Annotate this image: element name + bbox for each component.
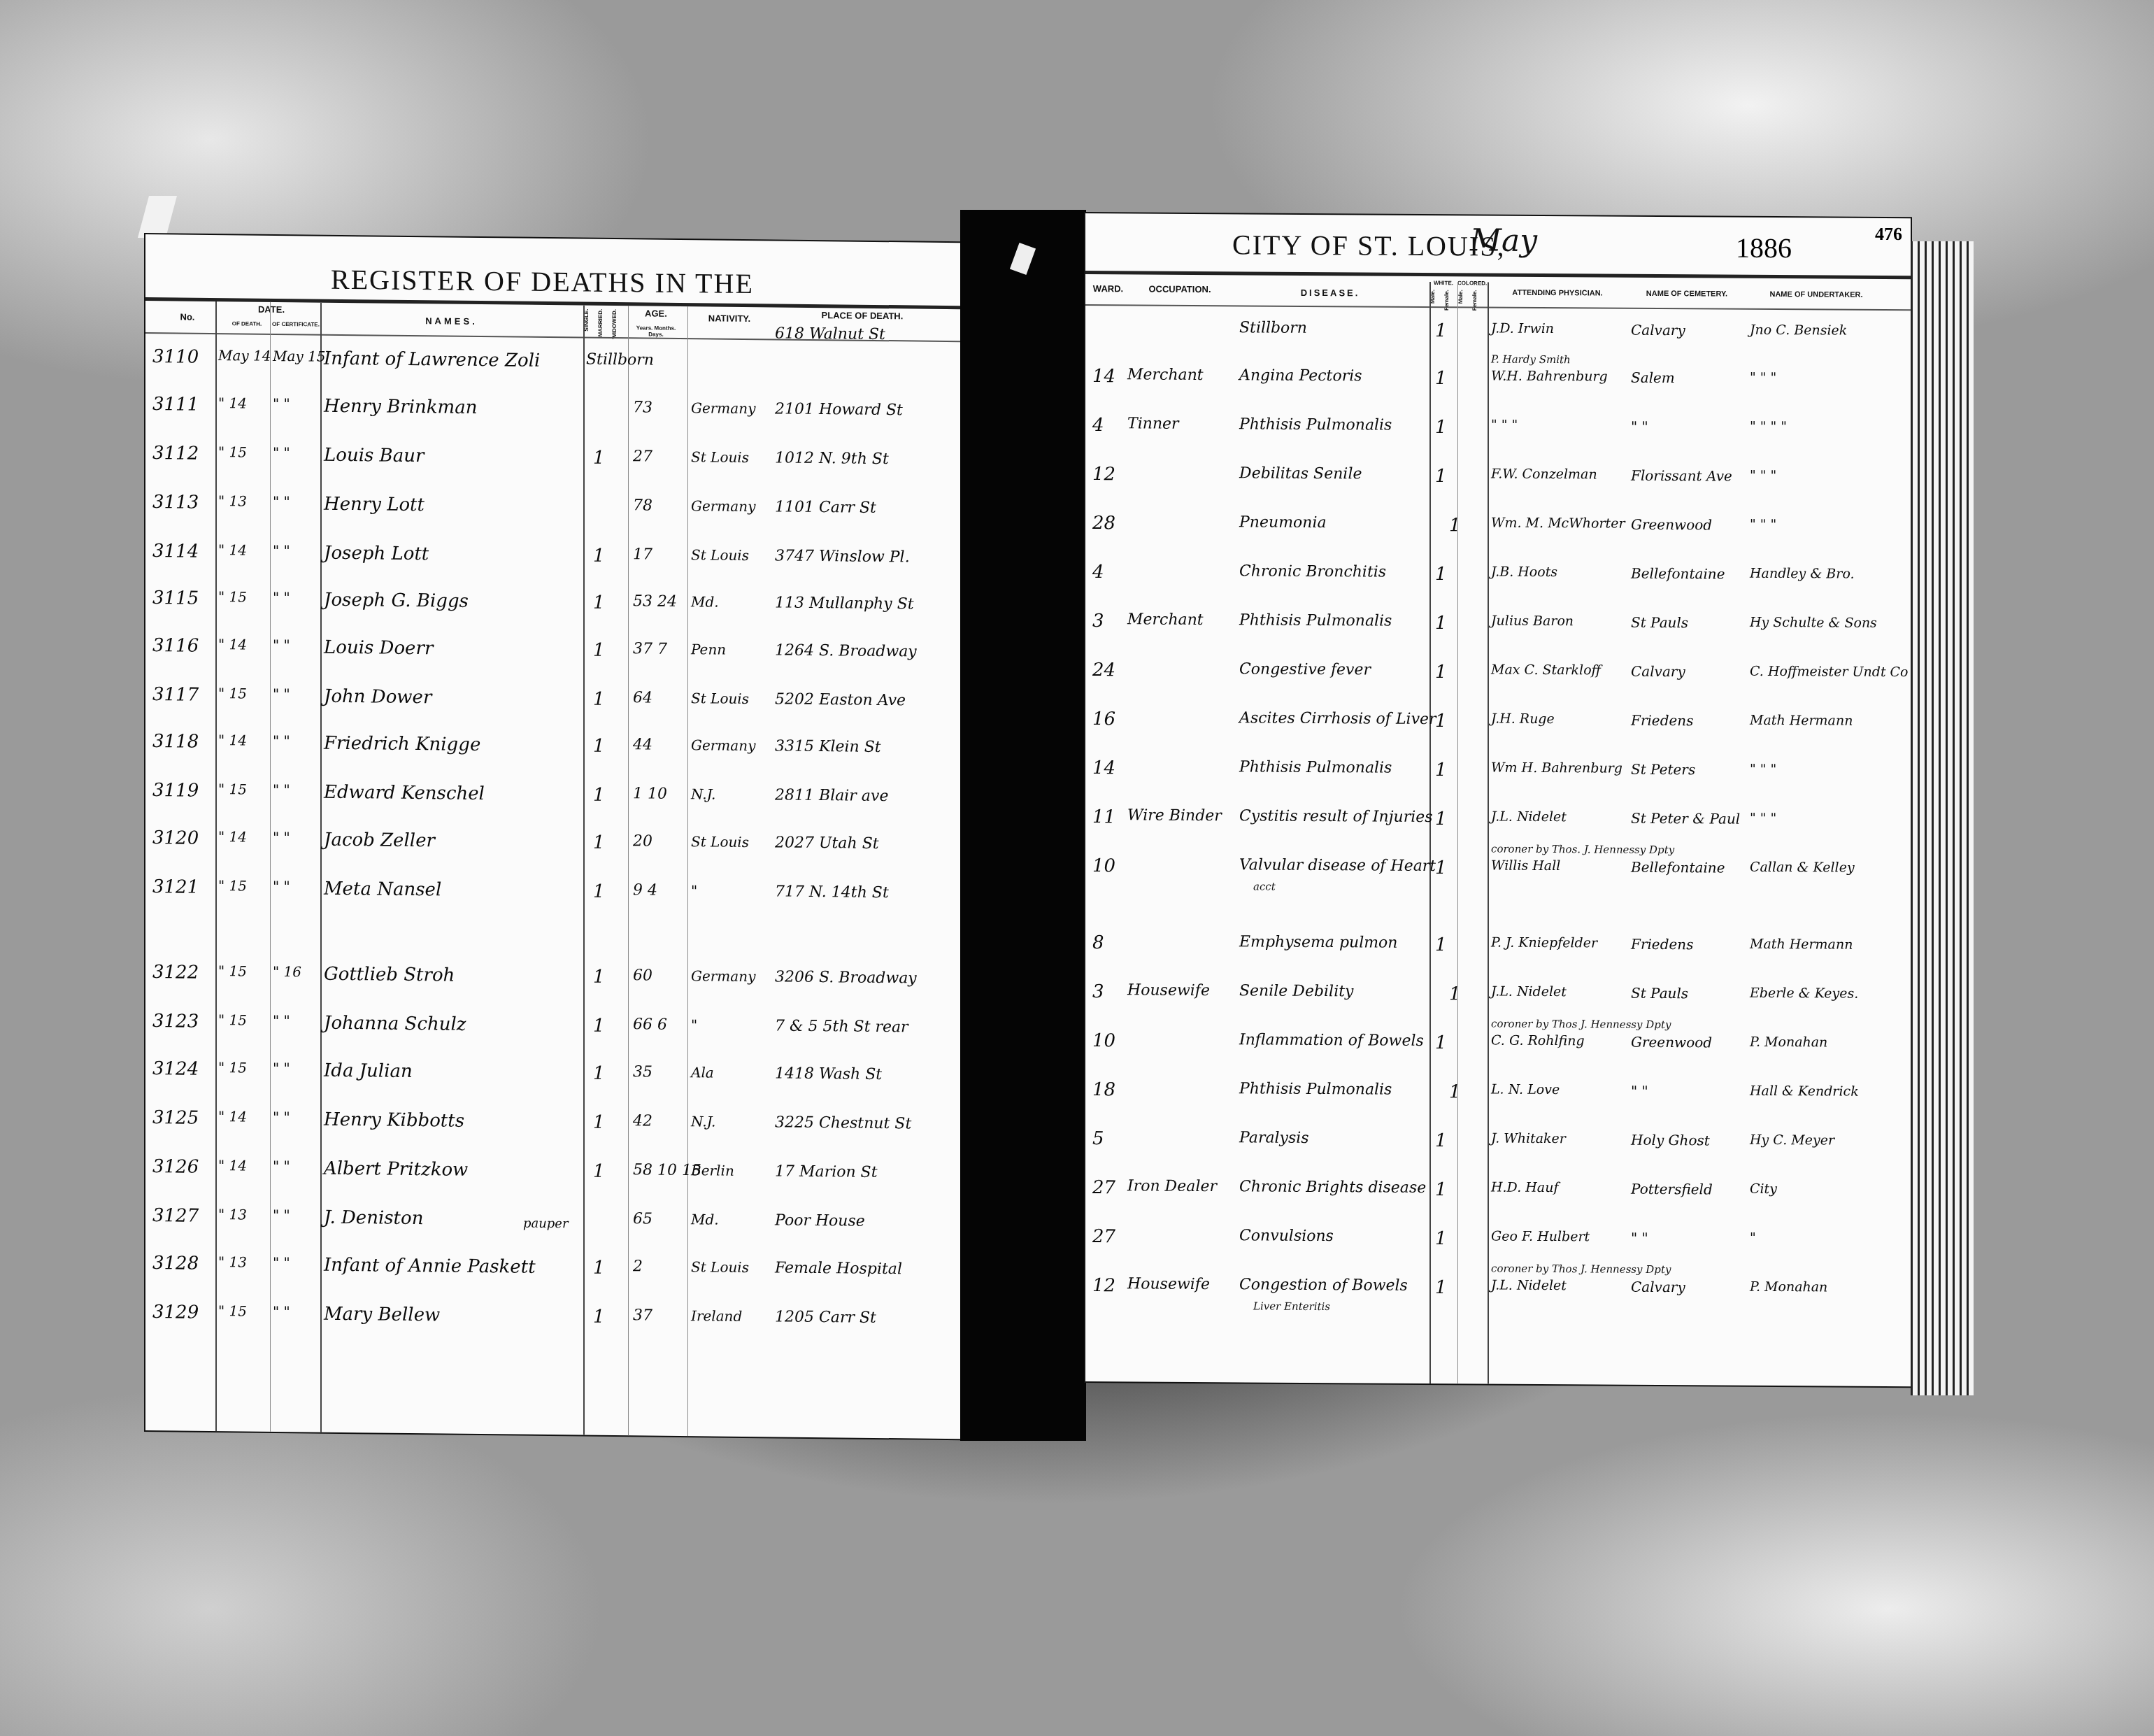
marital-status-mark: 1 bbox=[593, 640, 605, 661]
deceased-name: Jacob Zeller bbox=[324, 830, 435, 852]
deceased-name: Edward Kenschel bbox=[324, 782, 485, 804]
disease: Congestive fever bbox=[1239, 660, 1371, 678]
ward: 16 bbox=[1092, 709, 1115, 730]
occupation: Wire Binder bbox=[1127, 806, 1222, 825]
white-male-mark: 1 bbox=[1435, 1228, 1447, 1249]
ward: 4 bbox=[1092, 415, 1104, 436]
nativity: " bbox=[691, 1016, 697, 1033]
right-page-title: CITY OF ST. LOUIS, bbox=[1232, 228, 1505, 262]
undertaker: " bbox=[1750, 1230, 1756, 1246]
attending-physician: " " " bbox=[1491, 418, 1518, 433]
undertaker: Jno C. Bensiek bbox=[1750, 322, 1847, 339]
ward: 14 bbox=[1092, 366, 1115, 387]
cemetery: St Pauls bbox=[1631, 985, 1688, 1002]
table-row: 28Pneumonia1Wm. M. McWhorterGreenwood" "… bbox=[1085, 513, 1911, 560]
cemetery: " " bbox=[1631, 1083, 1648, 1100]
date-of-certificate: " " bbox=[273, 878, 290, 895]
nativity: St Louis bbox=[691, 690, 749, 707]
header-single: SINGLE. bbox=[583, 309, 599, 332]
place-of-death: 1264 S. Broadway bbox=[775, 641, 917, 660]
entry-number: 3116 bbox=[152, 635, 199, 657]
disease: Chronic Bronchitis bbox=[1239, 562, 1386, 581]
deceased-name: Joseph G. Biggs bbox=[324, 590, 469, 612]
marital-status-mark: 1 bbox=[593, 832, 605, 853]
right-page: CITY OF ST. LOUIS, May 1886 476 WARD. OC… bbox=[1085, 213, 1911, 1386]
white-male-mark: 1 bbox=[1435, 711, 1447, 732]
date-of-death: " 13 bbox=[218, 1206, 247, 1223]
cemetery: Salem bbox=[1631, 369, 1675, 386]
age: 73 bbox=[633, 399, 652, 416]
table-row: 3126" 14" "Albert Pritzkow158 10 15Berli… bbox=[145, 1156, 960, 1207]
place-of-death: 1012 N. 9th St bbox=[775, 449, 889, 468]
entry-number: 3111 bbox=[152, 394, 199, 415]
date-of-certificate: " " bbox=[273, 781, 290, 798]
deceased-name: Henry Kibbotts bbox=[324, 1109, 464, 1132]
header-age: AGE. bbox=[628, 308, 684, 319]
undertaker: Hy C. Meyer bbox=[1750, 1132, 1834, 1148]
undertaker: City bbox=[1750, 1181, 1777, 1197]
header-cemetery: NAME OF CEMETERY. bbox=[1627, 290, 1746, 299]
cemetery: " " bbox=[1631, 418, 1648, 435]
marital-status-mark: 1 bbox=[593, 546, 605, 567]
date-of-certificate: " " bbox=[273, 493, 290, 510]
date-of-certificate: " " bbox=[273, 829, 290, 846]
header-colored-male: Male. bbox=[1457, 290, 1471, 304]
disease: Convulsions bbox=[1239, 1227, 1334, 1245]
attending-physician: J.L. Nidelet bbox=[1491, 809, 1567, 825]
undertaker: " " " bbox=[1750, 517, 1776, 532]
ward: 5 bbox=[1092, 1128, 1104, 1149]
ward: 14 bbox=[1092, 757, 1115, 778]
occupation: Iron Dealer bbox=[1127, 1177, 1217, 1195]
date-of-certificate: " " bbox=[273, 542, 290, 559]
undertaker: P. Monahan bbox=[1750, 1279, 1827, 1295]
marital-status-mark: 1 bbox=[593, 785, 605, 806]
nativity: St Louis bbox=[691, 448, 749, 466]
white-male-mark: 1 bbox=[1435, 858, 1447, 878]
header-rule bbox=[1085, 304, 1911, 311]
cemetery: Bellefontaine bbox=[1631, 859, 1725, 876]
table-row: 3113" 13" "Henry Lott78Germany1101 Carr … bbox=[145, 492, 960, 542]
age: 2 bbox=[633, 1258, 643, 1275]
ward: 4 bbox=[1092, 562, 1104, 583]
table-row: 3120" 14" "Jacob Zeller120St Louis2027 U… bbox=[145, 827, 960, 878]
age: 17 bbox=[633, 546, 652, 563]
cemetery: St Peters bbox=[1631, 761, 1695, 778]
entry-number: 3115 bbox=[152, 588, 199, 609]
table-row: 3123" 15" "Johanna Schulz166 6"7 & 5 5th… bbox=[145, 1011, 960, 1061]
entry-number: 3120 bbox=[152, 827, 199, 849]
undertaker: Eberle & Keyes. bbox=[1750, 986, 1858, 1002]
place-of-death: Female Hospital bbox=[775, 1259, 902, 1278]
header-disease: DISEASE. bbox=[1232, 287, 1428, 299]
deceased-name: Henry Brinkman bbox=[324, 396, 477, 418]
marital-status-mark: 1 bbox=[593, 448, 605, 469]
attending-physician: H.D. Hauf bbox=[1491, 1180, 1558, 1196]
table-row: 4TinnerPhthisis Pulmonalis1" " "" "" " "… bbox=[1085, 415, 1911, 462]
attending-physician: Willis Hall bbox=[1491, 858, 1560, 874]
deceased-name: Louis Baur bbox=[324, 445, 424, 467]
cemetery: " " bbox=[1631, 1230, 1648, 1246]
date-of-certificate: " " bbox=[273, 395, 290, 412]
table-row: 3MerchantPhthisis Pulmonalis1Julius Baro… bbox=[1085, 611, 1911, 657]
marital-status-mark: 1 bbox=[593, 736, 605, 757]
entry-number: 3114 bbox=[152, 541, 199, 562]
deceased-name: Louis Doerr bbox=[324, 637, 433, 660]
undertaker: Math Hermann bbox=[1750, 937, 1853, 953]
disease: Phthisis Pulmonalis bbox=[1239, 758, 1392, 776]
cemetery: Calvary bbox=[1631, 1279, 1685, 1295]
table-row: 12Debilitas Senile1F.W. ConzelmanFloriss… bbox=[1085, 464, 1911, 511]
white-male-mark: 1 bbox=[1435, 466, 1447, 487]
attending-physician: Wm. M. McWhorter bbox=[1491, 515, 1625, 532]
date-of-certificate: " " bbox=[273, 732, 290, 749]
date-of-certificate: " " bbox=[273, 636, 290, 653]
undertaker: " " " bbox=[1750, 811, 1776, 826]
age: 42 bbox=[633, 1112, 652, 1130]
nativity: St Louis bbox=[691, 833, 749, 851]
header-ward: WARD. bbox=[1089, 283, 1127, 294]
header-date-of-death: OF DEATH. bbox=[222, 320, 271, 327]
date-of-death: " 14 bbox=[218, 828, 247, 845]
disease: Congestion of Bowels bbox=[1239, 1276, 1408, 1294]
header-date: DATE. bbox=[222, 304, 320, 315]
age: 44 bbox=[633, 736, 652, 753]
undertaker: P. Monahan bbox=[1750, 1034, 1827, 1051]
disease: Pneumonia bbox=[1239, 513, 1327, 532]
date-of-death: " 14 bbox=[218, 541, 247, 558]
book-gutter bbox=[960, 210, 1086, 1441]
place-of-death: 717 N. 14th St bbox=[775, 883, 889, 902]
table-row: 3129" 15" "Mary Bellew137Ireland1205 Car… bbox=[145, 1302, 960, 1352]
entry-number: 3117 bbox=[152, 684, 199, 706]
header-undertaker: NAME OF UNDERTAKER. bbox=[1746, 290, 1886, 299]
age: 37 7 bbox=[633, 640, 667, 658]
attending-physician: J.D. Irwin bbox=[1491, 321, 1554, 337]
entry-number: 3122 bbox=[152, 962, 199, 983]
age: 53 24 bbox=[633, 592, 677, 611]
disease: Senile Debility bbox=[1239, 982, 1353, 1000]
occupation: Merchant bbox=[1127, 366, 1204, 384]
disease: Chronic Brights disease bbox=[1239, 1178, 1426, 1197]
white-female-mark: 1 bbox=[1449, 515, 1461, 536]
left-page-title: REGISTER OF DEATHS IN THE bbox=[331, 263, 754, 300]
date-of-certificate: " " bbox=[273, 1207, 290, 1223]
disease: Cystitis result of Injuries bbox=[1239, 807, 1433, 826]
nativity: Germany bbox=[691, 967, 755, 985]
table-row: 3111" 14" "Henry Brinkman73Germany2101 H… bbox=[145, 394, 960, 444]
marital-status-mark: 1 bbox=[593, 1112, 605, 1133]
attending-physician: J.B. Hoots bbox=[1491, 564, 1557, 581]
deceased-name: John Dower bbox=[324, 686, 431, 709]
deceased-name: Gottlieb Stroh bbox=[324, 964, 455, 986]
date-of-certificate: " " bbox=[273, 444, 290, 461]
header-names: NAMES. bbox=[320, 315, 583, 328]
table-row: 3115" 15" "Joseph G. Biggs153 24Md.113 M… bbox=[145, 588, 960, 638]
table-row: 3124" 15" "Ida Julian135Ala1418 Wash St bbox=[145, 1058, 960, 1109]
physician-note: coroner by Thos J. Hennessy Dpty bbox=[1491, 1262, 1671, 1276]
table-row: 4Chronic Bronchitis1J.B. HootsBellefonta… bbox=[1085, 562, 1911, 609]
table-row: 8Emphysema pulmon1P. J. KniepfelderFried… bbox=[1085, 932, 1911, 979]
undertaker: " " " bbox=[1750, 468, 1776, 483]
table-row: 3110May 14May 15Infant of Lawrence ZoliS… bbox=[145, 346, 960, 397]
date-of-certificate: " " bbox=[273, 1303, 290, 1320]
nativity: St Louis bbox=[691, 1258, 749, 1276]
pauper-note: pauper bbox=[523, 1216, 569, 1232]
table-row: 12HousewifeCongestion of BowelsLiver Ent… bbox=[1085, 1275, 1911, 1322]
white-male-mark: 1 bbox=[1435, 809, 1447, 830]
date-of-death: " 15 bbox=[218, 781, 247, 797]
ward: 18 bbox=[1092, 1079, 1115, 1100]
table-row: 3114" 14" "Joseph Lott117St Louis3747 Wi… bbox=[145, 541, 960, 591]
place-of-death: 3315 Klein St bbox=[775, 737, 881, 756]
table-row: 27Iron DealerChronic Brights disease1H.D… bbox=[1085, 1177, 1911, 1224]
attending-physician: L. N. Love bbox=[1491, 1082, 1560, 1098]
undertaker: " " " bbox=[1750, 762, 1776, 777]
entry-number: 3110 bbox=[152, 346, 199, 368]
date-of-death: " 15 bbox=[218, 962, 247, 979]
deceased-name: Johanna Schulz bbox=[324, 1013, 466, 1035]
disease-note: acct bbox=[1253, 880, 1276, 892]
disease: Stillborn bbox=[1239, 319, 1307, 337]
marital-status-mark: 1 bbox=[593, 592, 605, 613]
nativity: N.J. bbox=[691, 1113, 715, 1130]
place-of-death: 2027 Utah St bbox=[775, 834, 879, 853]
header-married: MARRIED. bbox=[597, 309, 613, 337]
deceased-name: Friedrich Knigge bbox=[324, 733, 480, 755]
age: 37 bbox=[633, 1307, 652, 1324]
cemetery: St Pauls bbox=[1631, 614, 1688, 632]
white-female-mark: 1 bbox=[1449, 983, 1461, 1004]
nativity: Md. bbox=[691, 593, 719, 610]
disease: Paralysis bbox=[1239, 1129, 1309, 1147]
entry-number: 3123 bbox=[152, 1011, 199, 1032]
header-occupation: OCCUPATION. bbox=[1127, 283, 1232, 294]
date-of-certificate: " 16 bbox=[273, 963, 301, 980]
disease: Phthisis Pulmonalis bbox=[1239, 1080, 1392, 1098]
age: 60 bbox=[633, 967, 652, 984]
age: 9 4 bbox=[633, 881, 657, 899]
attending-physician: F.W. Conzelman bbox=[1491, 467, 1597, 483]
cemetery: Friedens bbox=[1631, 936, 1693, 953]
occupation: Housewife bbox=[1127, 981, 1210, 999]
date-of-certificate: " " bbox=[273, 1012, 290, 1029]
date-of-certificate: " " bbox=[273, 589, 290, 606]
white-male-mark: 1 bbox=[1435, 417, 1447, 438]
disease: Emphysema pulmon bbox=[1239, 933, 1397, 951]
ward: 8 bbox=[1092, 932, 1104, 953]
attending-physician: Julius Baron bbox=[1491, 613, 1574, 629]
nativity: St Louis bbox=[691, 546, 749, 564]
place-of-death: 5202 Easton Ave bbox=[775, 690, 906, 709]
place-of-death: Poor House bbox=[775, 1211, 865, 1230]
entry-number: 3119 bbox=[152, 780, 199, 802]
ward: 27 bbox=[1092, 1226, 1115, 1247]
date-of-death: " 14 bbox=[218, 636, 247, 653]
header-age-sub: Years. Months. Days. bbox=[628, 325, 684, 338]
cemetery: Friedens bbox=[1631, 712, 1693, 730]
header-no: No. bbox=[159, 311, 215, 322]
date-of-death: " 13 bbox=[218, 492, 247, 509]
table-row: 14MerchantAngina Pectoris1W.H. Bahrenbur… bbox=[1085, 366, 1911, 413]
white-male-mark: 1 bbox=[1435, 368, 1447, 389]
table-row: 24Congestive fever1Max C. StarkloffCalva… bbox=[1085, 660, 1911, 706]
marital-status-mark: 1 bbox=[593, 967, 605, 988]
table-row: 3116" 14" "Louis Doerr137 7Penn1264 S. B… bbox=[145, 635, 960, 685]
cemetery: Florissant Ave bbox=[1631, 467, 1732, 485]
entry-number: 3127 bbox=[152, 1205, 199, 1227]
place-of-death: 2101 Howard St bbox=[775, 400, 903, 419]
disease: Valvular disease of Heart bbox=[1239, 856, 1436, 875]
entry-number: 3128 bbox=[152, 1253, 199, 1274]
age: 27 bbox=[633, 448, 652, 465]
undertaker: " " " bbox=[1750, 370, 1776, 385]
age: 78 bbox=[633, 497, 652, 514]
table-row: 3127" 13" "J. Denistonpauper65Md.Poor Ho… bbox=[145, 1205, 960, 1255]
entry-number: 3113 bbox=[152, 492, 199, 513]
deceased-name: Mary Bellew bbox=[324, 1304, 440, 1326]
place-of-death: 17 Marion St bbox=[775, 1162, 878, 1181]
white-male-mark: 1 bbox=[1435, 1130, 1447, 1151]
nativity: Ireland bbox=[691, 1307, 742, 1325]
ward: 12 bbox=[1092, 1275, 1115, 1296]
deceased-name: Meta Nansel bbox=[324, 878, 441, 901]
undertaker: Math Hermann bbox=[1750, 713, 1853, 729]
date-of-certificate: May 15 bbox=[273, 348, 326, 365]
marital-status-mark: 1 bbox=[593, 1307, 605, 1328]
white-male-mark: 1 bbox=[1435, 760, 1447, 781]
cemetery: Greenwood bbox=[1631, 1034, 1712, 1051]
table-row: 3117" 15" "John Dower164St Louis5202 Eas… bbox=[145, 684, 960, 734]
table-row: 3122" 15" 16Gottlieb Stroh160Germany3206… bbox=[145, 962, 960, 1012]
undertaker: " " " " bbox=[1750, 419, 1787, 434]
physician-note: P. Hardy Smith bbox=[1491, 353, 1571, 367]
attending-physician: J. Whitaker bbox=[1491, 1131, 1566, 1147]
occupation: Tinner bbox=[1127, 415, 1179, 432]
header-white-male: Male. bbox=[1429, 290, 1443, 304]
entry-number: 3118 bbox=[152, 731, 199, 753]
physician-note: coroner by Thos J. Hennessy Dpty bbox=[1491, 1018, 1671, 1032]
date-of-death: May 14 bbox=[218, 347, 271, 364]
table-row: 10Valvular disease of Heartacct1Willis H… bbox=[1085, 855, 1911, 902]
year: 1886 bbox=[1736, 232, 1792, 264]
cemetery: Bellefontaine bbox=[1631, 565, 1725, 583]
date-of-certificate: " " bbox=[273, 1254, 290, 1271]
header-colored: COLORED. bbox=[1457, 280, 1485, 286]
page-edges bbox=[1911, 241, 1974, 1395]
table-row: 3121" 15" "Meta Nansel19 4"717 N. 14th S… bbox=[145, 876, 960, 927]
nativity: N.J. bbox=[691, 785, 715, 802]
place-of-death: 3206 S. Broadway bbox=[775, 968, 917, 987]
header-white: WHITE. bbox=[1429, 280, 1457, 286]
marital-status-mark: 1 bbox=[593, 689, 605, 710]
ward: 27 bbox=[1092, 1177, 1115, 1198]
white-male-mark: 1 bbox=[1435, 320, 1447, 341]
ward: 10 bbox=[1092, 1030, 1115, 1051]
date-of-death: " 14 bbox=[218, 1108, 247, 1125]
undertaker: Hy Schulte & Sons bbox=[1750, 615, 1877, 631]
place-of-death: 1418 Wash St bbox=[775, 1065, 882, 1083]
undertaker: Callan & Kelley bbox=[1750, 860, 1855, 876]
nativity: Germany bbox=[691, 399, 755, 417]
date-of-death: " 15 bbox=[218, 588, 247, 605]
occupation: Merchant bbox=[1127, 611, 1204, 629]
disease: Ascites Cirrhosis of Liver bbox=[1239, 709, 1436, 728]
attending-physician: Max C. Starkloff bbox=[1491, 662, 1601, 678]
cemetery: St Peter & Paul bbox=[1631, 810, 1740, 827]
nativity: Penn bbox=[691, 641, 726, 658]
place-of-death: 618 Walnut St bbox=[775, 325, 885, 343]
place-of-death: 113 Mullanphy St bbox=[775, 594, 914, 613]
table-row: 18Phthisis Pulmonalis1L. N. Love" "Hall … bbox=[1085, 1079, 1911, 1126]
marital-status-mark: 1 bbox=[593, 1258, 605, 1279]
left-page: REGISTER OF DEATHS IN THE No. DATE. OF D… bbox=[145, 234, 960, 1439]
deceased-name: Infant of Annie Paskett bbox=[324, 1255, 536, 1278]
ward: 11 bbox=[1092, 806, 1115, 827]
ward: 3 bbox=[1092, 981, 1104, 1002]
stillborn-status: Stillborn bbox=[586, 351, 654, 369]
date-of-death: " 15 bbox=[218, 1302, 247, 1319]
disease: Inflammation of Bowels bbox=[1239, 1031, 1424, 1050]
ward: 10 bbox=[1092, 855, 1115, 876]
ward: 12 bbox=[1092, 464, 1115, 485]
attending-physician: J.L. Nidelet bbox=[1491, 1278, 1567, 1294]
deceased-name: Albert Pritzkow bbox=[324, 1158, 468, 1181]
deceased-name: Ida Julian bbox=[324, 1060, 413, 1082]
disease-note: Liver Enteritis bbox=[1253, 1300, 1330, 1313]
disease: Angina Pectoris bbox=[1239, 367, 1362, 385]
entry-number: 3112 bbox=[152, 443, 199, 464]
cemetery: Greenwood bbox=[1631, 516, 1712, 534]
white-male-mark: 1 bbox=[1435, 1032, 1447, 1053]
header-physician: ATTENDING PHYSICIAN. bbox=[1488, 289, 1627, 298]
occupation: Housewife bbox=[1127, 1275, 1210, 1293]
entry-number: 3126 bbox=[152, 1156, 199, 1178]
white-male-mark: 1 bbox=[1435, 1277, 1447, 1298]
date-of-death: " 15 bbox=[218, 685, 247, 702]
age: 20 bbox=[633, 832, 652, 850]
table-row: 14Phthisis Pulmonalis1Wm H. BahrenburgSt… bbox=[1085, 757, 1911, 804]
table-row: 5Paralysis1J. WhitakerHoly GhostHy C. Me… bbox=[1085, 1128, 1911, 1175]
header-place-of-death: PLACE OF DEATH. bbox=[771, 309, 953, 322]
place-of-death: 7 & 5 5th St rear bbox=[775, 1017, 908, 1036]
white-male-mark: 1 bbox=[1435, 934, 1447, 955]
age: 64 bbox=[633, 689, 652, 706]
undertaker: C. Hoffmeister Undt Co bbox=[1750, 664, 1909, 680]
white-male-mark: 1 bbox=[1435, 564, 1447, 585]
undertaker: Hall & Kendrick bbox=[1750, 1083, 1859, 1100]
month-handwritten: May bbox=[1470, 222, 1537, 259]
place-of-death: 1101 Carr St bbox=[775, 498, 876, 517]
marital-status-mark: 1 bbox=[593, 1161, 605, 1182]
disease: Phthisis Pulmonalis bbox=[1239, 415, 1392, 434]
physician-note: coroner by Thos. J. Hennessy Dpty bbox=[1491, 843, 1674, 857]
attending-physician: W.H. Bahrenburg bbox=[1491, 369, 1608, 385]
ward: 3 bbox=[1092, 611, 1104, 632]
table-row: 3128" 13" "Infant of Annie Paskett12St L… bbox=[145, 1253, 960, 1303]
table-row: 3119" 15" "Edward Kenschel11 10N.J.2811 … bbox=[145, 780, 960, 830]
date-of-death: " 15 bbox=[218, 443, 247, 460]
date-of-certificate: " " bbox=[273, 1060, 290, 1076]
deceased-name: Infant of Lawrence Zoli bbox=[324, 348, 540, 371]
attending-physician: Wm H. Bahrenburg bbox=[1491, 760, 1622, 776]
date-of-certificate: " " bbox=[273, 1158, 290, 1174]
place-of-death: 3225 Chestnut St bbox=[775, 1114, 911, 1132]
nativity: " bbox=[691, 882, 697, 899]
entry-number: 3121 bbox=[152, 876, 199, 898]
disease: Debilitas Senile bbox=[1239, 464, 1362, 483]
table-row: 16Ascites Cirrhosis of Liver1J.H. RugeFr… bbox=[1085, 709, 1911, 755]
